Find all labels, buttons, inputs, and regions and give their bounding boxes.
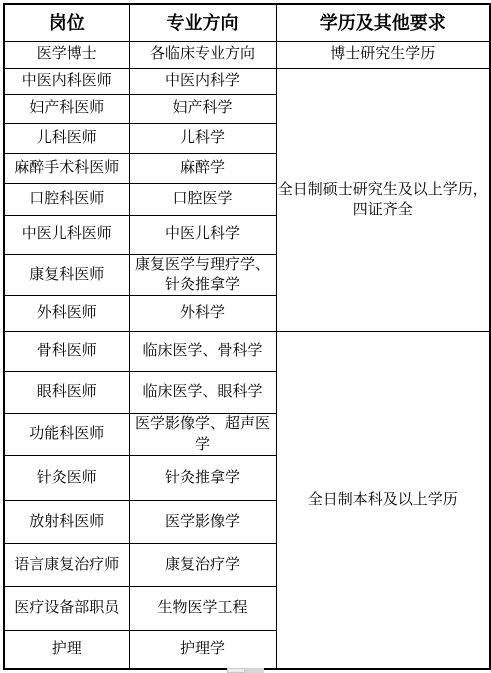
position-cell: 针灸医师 [4,456,129,501]
major-cell: 麻醉学 [129,153,276,183]
position-cell: 功能科医师 [4,414,129,456]
major-cell: 口腔医学 [129,183,276,215]
table-row: 中医内科医师 中医内科学 全日制硕士研究生及以上学历，四证齐全 [4,68,490,94]
major-cell: 中医内科学 [129,68,276,94]
major-cell: 康复医学与理疗学、针灸推拿学 [129,254,276,296]
position-cell: 放射科医师 [4,501,129,544]
position-cell: 中医儿科医师 [4,215,129,254]
position-cell: 护理 [4,631,129,669]
major-cell: 护理学 [129,631,276,669]
table-row: 骨科医师 临床医学、骨科学 全日制本科及以上学历 [4,332,490,372]
major-cell: 妇产科学 [129,94,276,123]
position-cell: 眼科医师 [4,372,129,414]
header-position: 岗位 [4,4,129,41]
requirement-cell-master: 全日制硕士研究生及以上学历，四证齐全 [276,68,490,332]
requirement-cell-bachelor: 全日制本科及以上学历 [276,332,490,669]
major-cell: 临床医学、骨科学 [129,332,276,372]
position-cell: 妇产科医师 [4,94,129,123]
position-cell: 语言康复治疗师 [4,544,129,587]
major-cell: 针灸推拿学 [129,456,276,501]
recruitment-table: 岗位 专业方向 学历及其他要求 医学博士 各临床专业方向 博士研究生学历 中医内… [3,3,491,670]
position-cell: 口腔科医师 [4,183,129,215]
scrollbar-segment [227,668,245,673]
major-cell: 儿科学 [129,123,276,153]
position-cell: 骨科医师 [4,332,129,372]
requirement-cell: 博士研究生学历 [276,41,490,68]
position-cell: 外科医师 [4,296,129,332]
position-cell: 儿科医师 [4,123,129,153]
scrollbar-segment [245,668,264,673]
header-major: 专业方向 [129,4,276,41]
horizontal-scrollbar-thumb[interactable] [227,668,264,673]
major-cell: 医学影像学 [129,501,276,544]
position-cell: 医学博士 [4,41,129,68]
header-requirement: 学历及其他要求 [276,4,490,41]
major-cell: 医学影像学、超声医学 [129,414,276,456]
major-cell: 生物医学工程 [129,587,276,631]
major-cell: 康复治疗学 [129,544,276,587]
major-cell: 各临床专业方向 [129,41,276,68]
major-cell: 外科学 [129,296,276,332]
position-cell: 医疗设备部职员 [4,587,129,631]
position-cell: 中医内科医师 [4,68,129,94]
position-cell: 麻醉手术科医师 [4,153,129,183]
major-cell: 临床医学、眼科学 [129,372,276,414]
table-row: 医学博士 各临床专业方向 博士研究生学历 [4,41,490,68]
position-cell: 康复科医师 [4,254,129,296]
header-row: 岗位 专业方向 学历及其他要求 [4,4,490,41]
recruitment-table-page: 岗位 专业方向 学历及其他要求 医学博士 各临床专业方向 博士研究生学历 中医内… [0,0,491,673]
major-cell: 中医儿科学 [129,215,276,254]
